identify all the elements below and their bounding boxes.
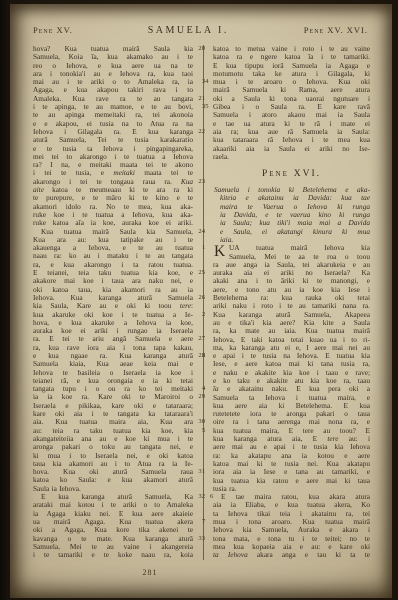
text-line: raela. (213, 153, 370, 161)
verse-number: 21 (198, 95, 205, 103)
verse-number: 33 (198, 535, 205, 543)
chapter-heading: Pene XVI. (213, 169, 370, 180)
text-line: e Saula, ei akatangi kinura ki mua (213, 228, 370, 236)
verse-number: 20 (198, 45, 205, 53)
running-head-left: Pene XV. (33, 25, 73, 35)
running-head-title: SAMUELA I. (148, 25, 229, 36)
verse-number: 3 (202, 352, 205, 360)
verse-number: 1 (202, 244, 205, 252)
verse-number: 30 (198, 418, 205, 426)
verse-number: 26 (198, 294, 205, 302)
verse-number: 22 (198, 128, 205, 136)
verse-number: 2 (202, 311, 205, 319)
column-right: katoa to metua vaine i roto i te au vain… (213, 45, 370, 560)
verse-number: 4 (202, 385, 205, 393)
verse-number: 25 (198, 269, 205, 277)
verse-number: 27 (198, 335, 205, 343)
text-line: ta Iehova akara anga e tau ki ta te (213, 551, 370, 559)
verse-number: 5 (202, 427, 205, 435)
verse-number: 23 (198, 178, 205, 186)
page-header: Pene XV. SAMUELA I. Pene XV. XVI. (33, 25, 368, 36)
text-line: akaariki aia ia Saula ei ariki no Ise- (213, 145, 370, 153)
book-page: Pene XV. SAMUELA I. Pene XV. XVI. 20hova… (10, 4, 392, 598)
verse-number: 7 (202, 518, 205, 526)
column-left: 20hova? Kua tuatua mairā Saula kiaSamuel… (33, 45, 193, 560)
verse-number: 34 (202, 78, 209, 86)
running-head-right: Pene XV. XVI. (304, 25, 368, 35)
page-number: 281 (128, 568, 172, 577)
verse-number: 29 (198, 393, 205, 401)
column-divider-rule (203, 45, 204, 560)
book-photo-frame: Pene XV. SAMUELA I. Pene XV. XVI. 20hova… (0, 0, 398, 600)
verse-number: 35 (202, 103, 209, 111)
verse-number: 6 (202, 493, 213, 501)
verse-number: 31 (198, 468, 205, 476)
text-line: i te tamariki e te koke naau ra, koia (33, 551, 193, 559)
text-columns: 20hova? Kua tuatua mairā Saula kiaSamuel… (33, 45, 392, 560)
